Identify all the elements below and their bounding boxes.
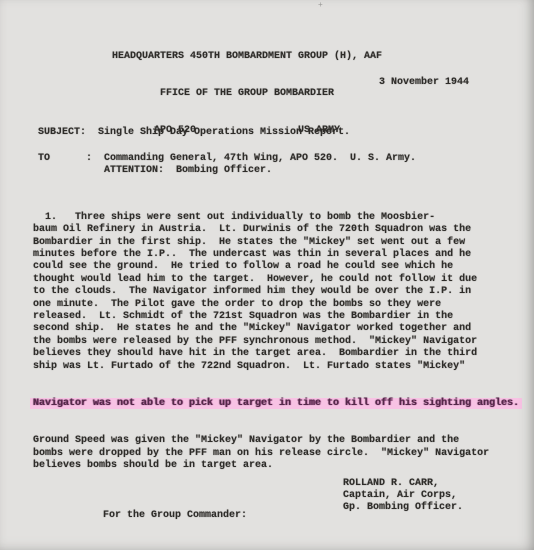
subject-line: SUBJECT: Single Ship Day Operations Miss… — [38, 127, 350, 139]
signature-block: ROLLAND R. CARR, Captain, Air Corps, Gp.… — [343, 478, 463, 515]
scan-artifact-plus: + — [318, 0, 323, 12]
letterhead-line-1: HEADQUARTERS 450TH BOMBARDMENT GROUP (H)… — [104, 51, 390, 63]
signature-rank: Captain, Air Corps, — [343, 490, 463, 502]
highlighted-line: Navigator was not able to pick up target… — [33, 398, 519, 410]
document-page: + HEADQUARTERS 450TH BOMBARDMENT GROUP (… — [0, 0, 534, 550]
letterhead-line-2: FFICE OF THE GROUP BOMBARDIER — [104, 88, 390, 100]
body-paragraph-part-2: Ground Speed was given the "Mickey" Navi… — [33, 435, 519, 472]
highlighted-sentence: Navigator was not able to pick up target… — [33, 398, 519, 409]
date-line: 3 November 1944 — [379, 77, 469, 89]
letterhead: HEADQUARTERS 450TH BOMBARDMENT GROUP (H)… — [104, 26, 390, 162]
attention-line: ATTENTION: Bombing Officer. — [38, 165, 272, 177]
signature-title: Gp. Bombing Officer. — [343, 502, 463, 514]
to-line: TO : Commanding General, 47th Wing, APO … — [38, 153, 416, 165]
signature-name: ROLLAND R. CARR, — [343, 478, 463, 490]
body-paragraph-part-1: 1. Three ships were sent out individuall… — [33, 212, 519, 373]
